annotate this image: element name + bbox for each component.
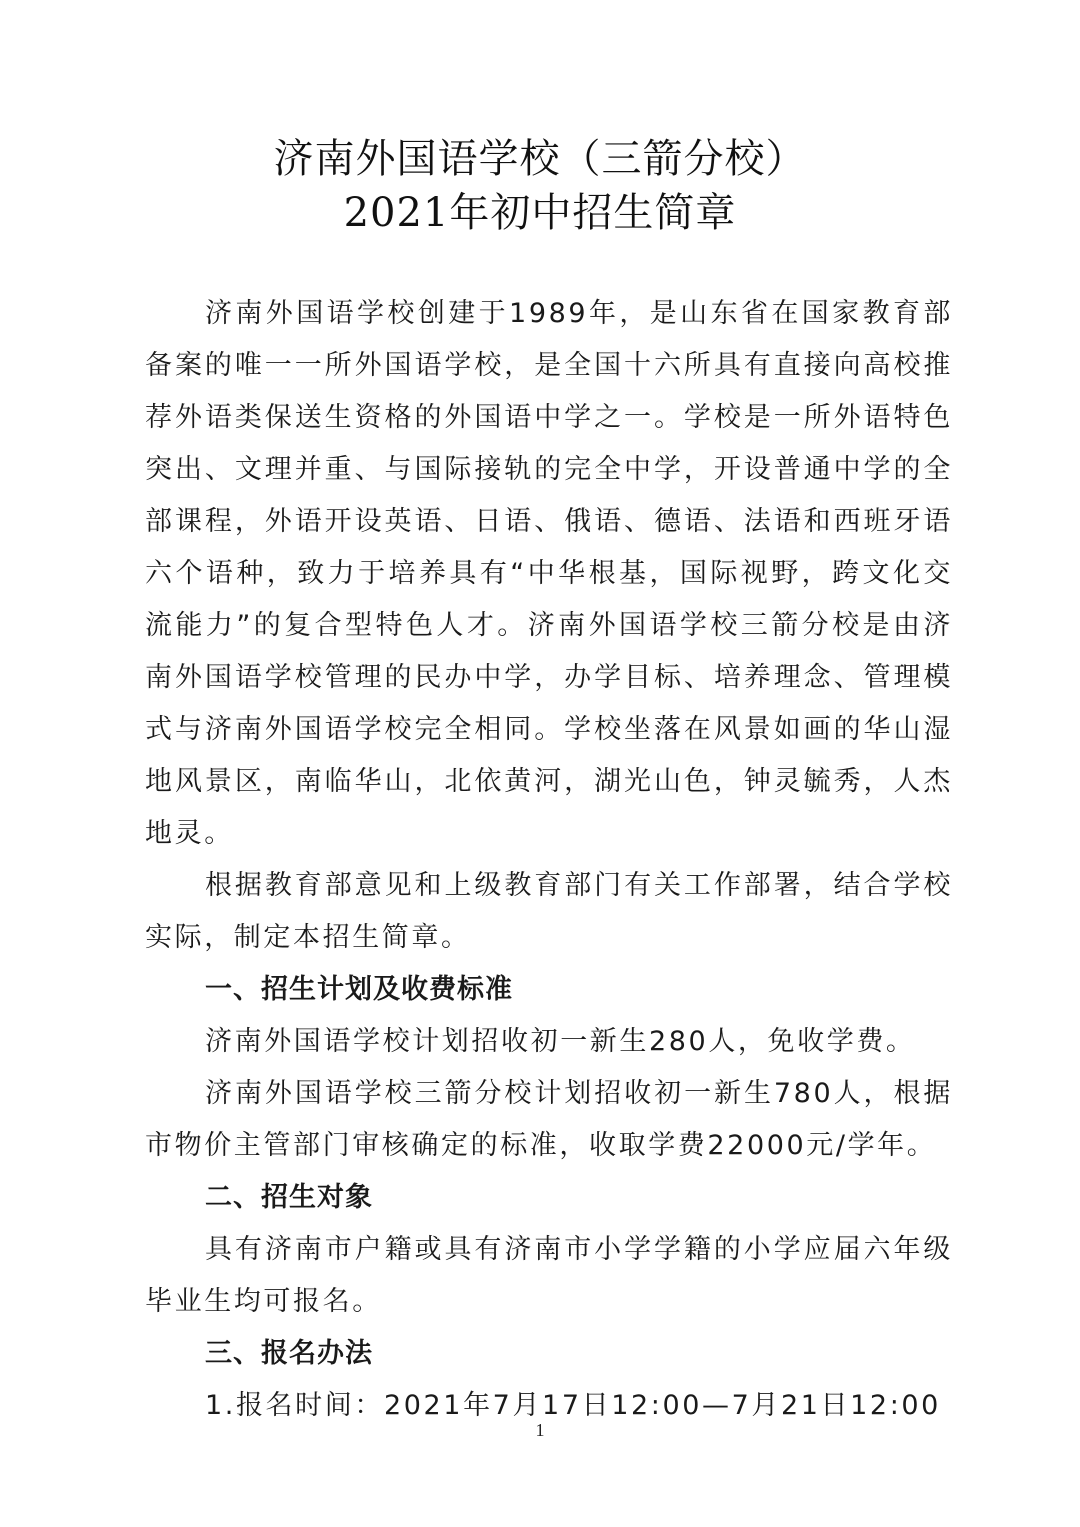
document-body: 济南外国语学校创建于1989年，是山东省在国家教育部备案的唯一一所外国语学校，是… <box>145 288 953 1432</box>
section-heading-enrollment-plan: 一、招生计划及收费标准 <box>145 964 953 1016</box>
eligibility-paragraph: 具有济南市户籍或具有济南市小学学籍的小学应届六年级毕业生均可报名。 <box>145 1224 953 1328</box>
section-heading-eligibility: 二、招生对象 <box>145 1172 953 1224</box>
document-title-line2: 2021年初中招生简章 <box>0 186 1080 240</box>
page-number: 1 <box>0 1420 1080 1441</box>
document-page: 济南外国语学校（三箭分校） 2021年初中招生简章 济南外国语学校创建于1989… <box>0 0 1080 1527</box>
enrollment-plan-paragraph: 济南外国语学校计划招收初一新生280人，免收学费。 <box>145 1016 953 1068</box>
enrollment-plan-paragraph: 济南外国语学校三箭分校计划招收初一新生780人，根据市物价主管部门审核确定的标准… <box>145 1068 953 1172</box>
basis-paragraph: 根据教育部意见和上级教育部门有关工作部署，结合学校实际，制定本招生简章。 <box>145 860 953 964</box>
section-heading-registration: 三、报名办法 <box>145 1328 953 1380</box>
document-title-line1: 济南外国语学校（三箭分校） <box>0 132 1080 186</box>
intro-paragraph: 济南外国语学校创建于1989年，是山东省在国家教育部备案的唯一一所外国语学校，是… <box>145 288 953 860</box>
